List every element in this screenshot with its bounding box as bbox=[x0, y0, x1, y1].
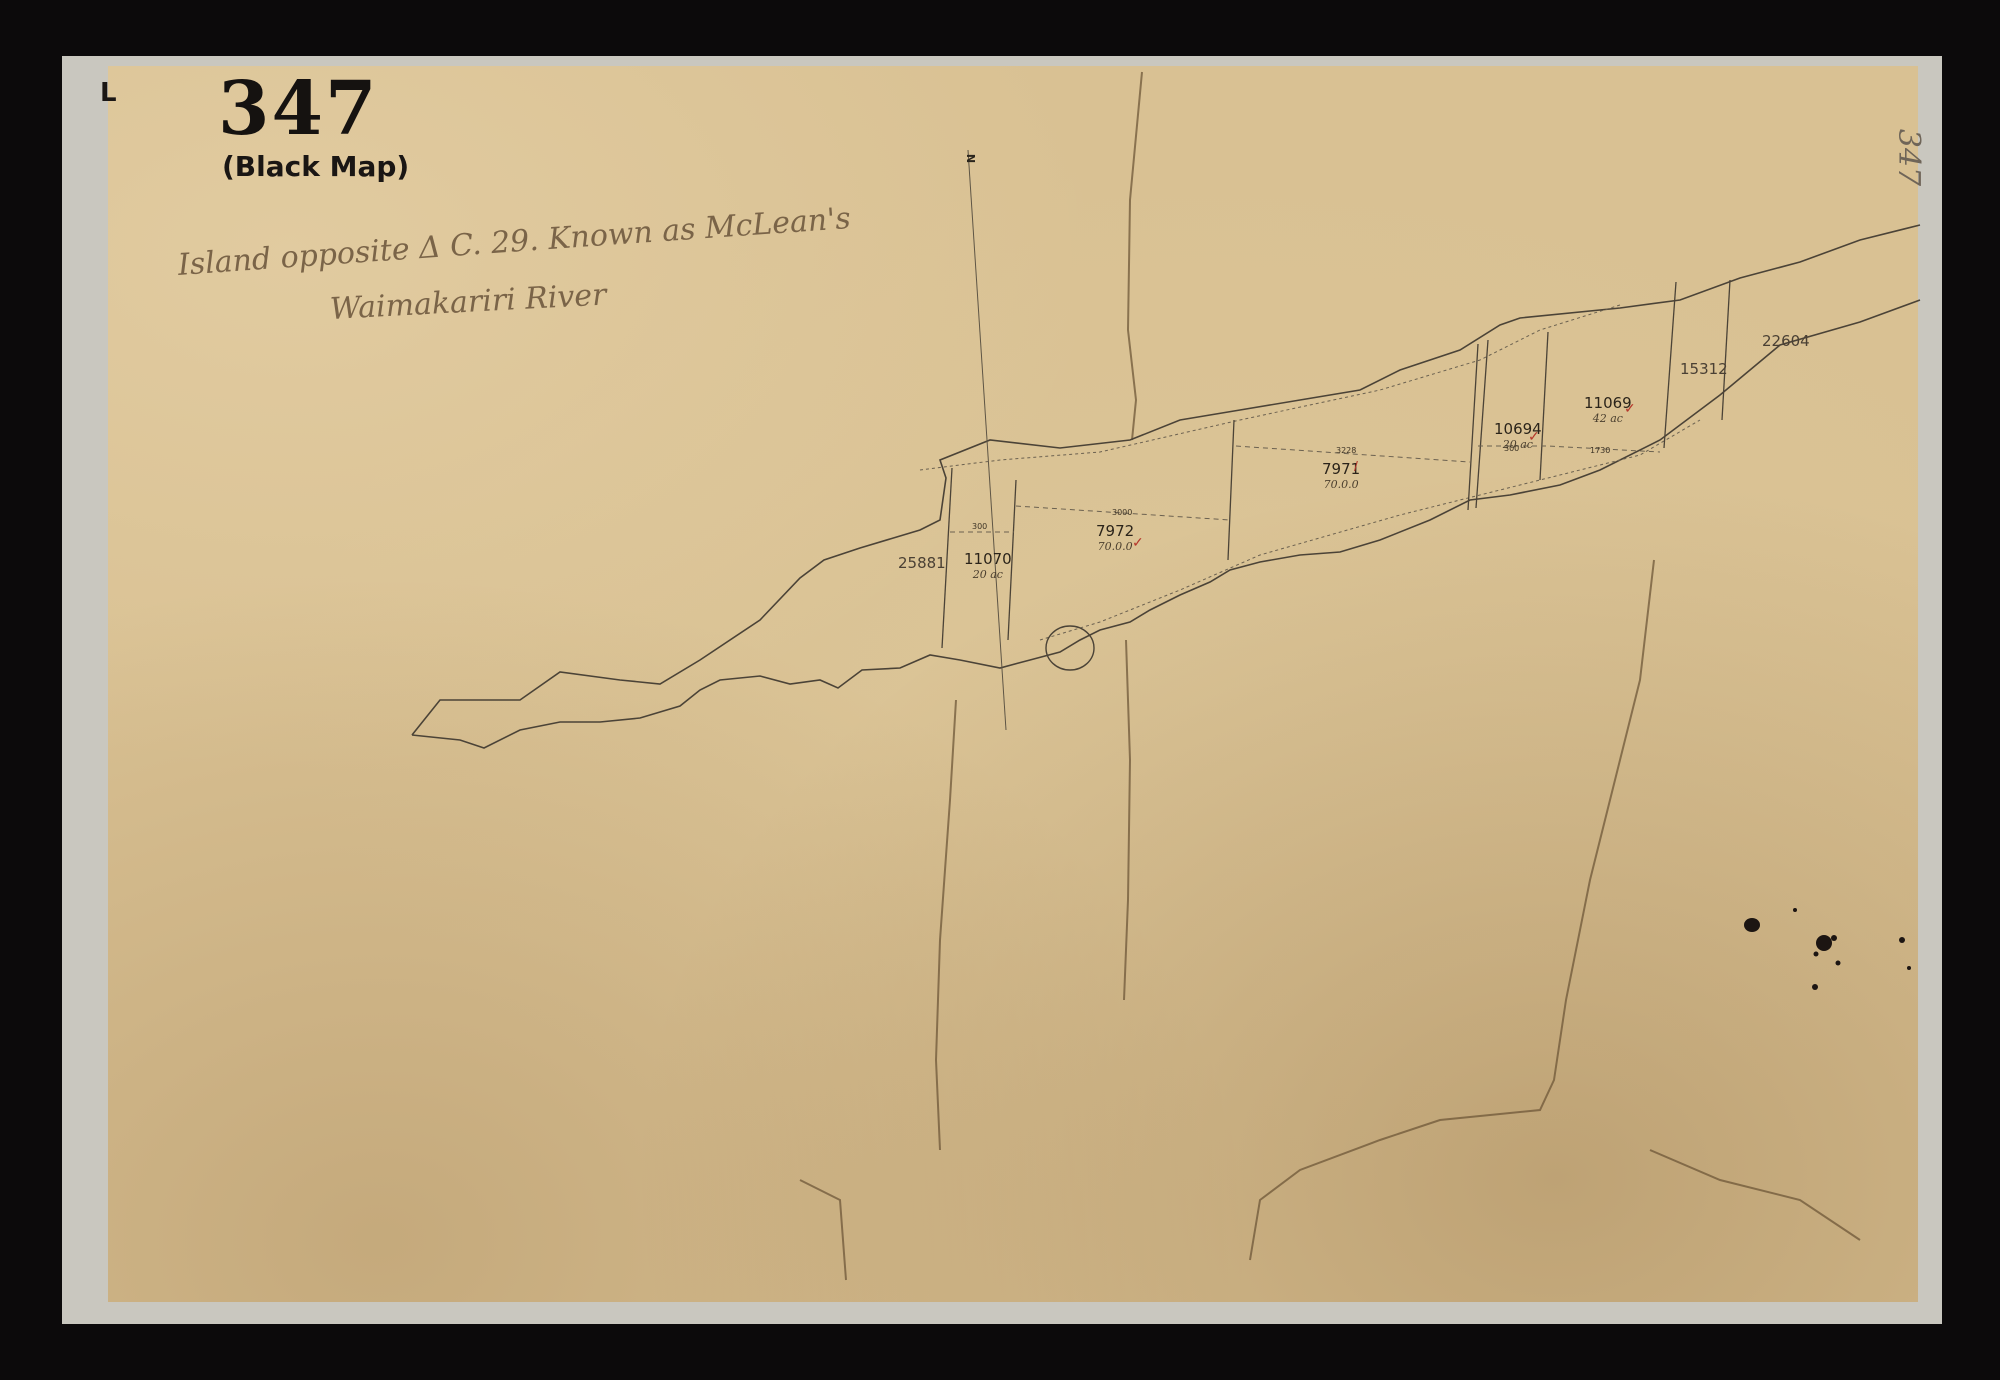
lot-7972: 7972 70.0.0 bbox=[1096, 522, 1134, 553]
lot-number: 15312 bbox=[1680, 360, 1728, 378]
crack-lines bbox=[800, 72, 1860, 1280]
lot-15312: 15312 bbox=[1680, 360, 1728, 378]
lagoon bbox=[1046, 626, 1094, 670]
ink-spots bbox=[1744, 908, 1911, 990]
dimension-label: 300 bbox=[972, 522, 987, 531]
dimension-label: 3228 bbox=[1336, 446, 1356, 455]
map-number-stamp: 347 bbox=[218, 66, 378, 152]
lot-number: 22604 bbox=[1762, 332, 1810, 350]
lot-area: 70.0.0 bbox=[1322, 478, 1360, 491]
check-mark: ✓ bbox=[1132, 534, 1144, 551]
map-type-stamp: (Black Map) bbox=[222, 150, 409, 183]
dimension-lines bbox=[950, 446, 1660, 532]
dimension-label: 300 bbox=[1504, 444, 1519, 453]
lot-number: 11070 bbox=[964, 550, 1012, 568]
meridian-line bbox=[968, 150, 1006, 730]
lot-number: 25881 bbox=[898, 554, 946, 572]
check-mark: ✓ bbox=[1624, 400, 1636, 417]
lot-area: 70.0.0 bbox=[1096, 540, 1134, 553]
road-lines bbox=[920, 305, 1700, 640]
lot-number: 7972 bbox=[1096, 522, 1134, 540]
dimension-label: 1730 bbox=[1590, 446, 1610, 455]
corner-mark: L bbox=[100, 78, 117, 108]
check-mark: / bbox=[1354, 458, 1358, 474]
lot-25881: 25881 bbox=[898, 554, 946, 572]
lot-22604: 22604 bbox=[1762, 332, 1810, 350]
lot-area: 20 ac bbox=[964, 568, 1012, 581]
lot-11070: 11070 20 ac bbox=[964, 550, 1012, 581]
map-linework bbox=[0, 0, 2000, 1380]
check-mark: ✓ bbox=[1528, 428, 1540, 445]
corner-annotation: 347 bbox=[1891, 129, 1926, 186]
river-banks bbox=[412, 225, 1920, 748]
dimension-label: 3000 bbox=[1112, 508, 1132, 517]
north-marker: N bbox=[964, 154, 977, 163]
